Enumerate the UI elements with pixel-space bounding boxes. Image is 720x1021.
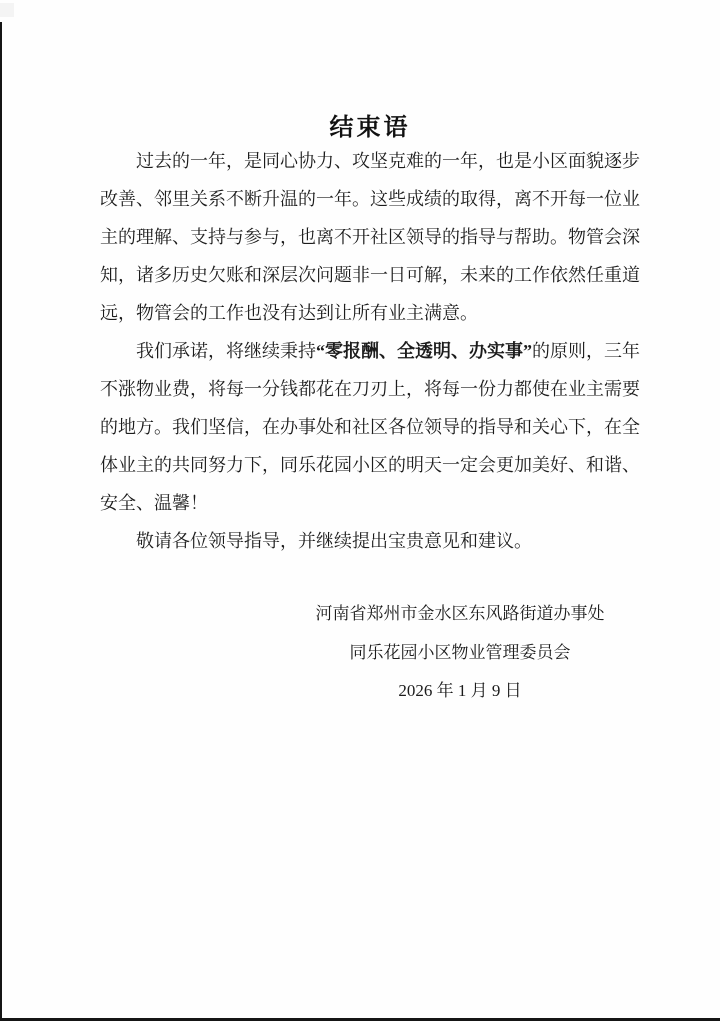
- document-title: 结束语: [100, 111, 640, 145]
- paragraph-3: 敬请各位领导指导，并继续提出宝贵意见和建议。: [100, 522, 640, 560]
- text-run: 敬请各位领导指导，并继续提出宝贵意见和建议。: [136, 531, 532, 551]
- scan-edge-left: [0, 22, 2, 1021]
- scan-corner-smudge: [0, 3, 14, 17]
- paragraph-1: 过去的一年，是同心协力、攻坚克难的一年，也是小区面貌逐步改善、邻里关系不断升温的…: [100, 142, 640, 332]
- text-run: 我们承诺，将继续秉持: [136, 341, 316, 361]
- document-body: 过去的一年，是同心协力、攻坚克难的一年，也是小区面貌逐步改善、邻里关系不断升温的…: [100, 142, 640, 560]
- text-run: 过去的一年，是同心协力、攻坚克难的一年，也是小区面貌逐步改善、邻里关系不断升温的…: [100, 151, 640, 323]
- bold-slogan-phrase: “零报酬、全透明、办实事”: [316, 341, 532, 361]
- text-run: 的原则，三年不涨物业费，将每一分钱都花在刀刃上，将每一份力都使在业主需要的地方。…: [100, 341, 640, 513]
- signature-block: 河南省郑州市金水区东风路街道办事处 同乐花园小区物业管理委员会 2026 年 1…: [310, 595, 610, 711]
- signature-org-line-1: 河南省郑州市金水区东风路街道办事处: [310, 595, 610, 634]
- scanned-document-page: 结束语 过去的一年，是同心协力、攻坚克难的一年，也是小区面貌逐步改善、邻里关系不…: [0, 0, 720, 1021]
- signature-date: 2026 年 1 月 9 日: [310, 672, 610, 711]
- signature-org-line-2: 同乐花园小区物业管理委员会: [310, 634, 610, 673]
- paragraph-2: 我们承诺，将继续秉持“零报酬、全透明、办实事”的原则，三年不涨物业费，将每一分钱…: [100, 332, 640, 522]
